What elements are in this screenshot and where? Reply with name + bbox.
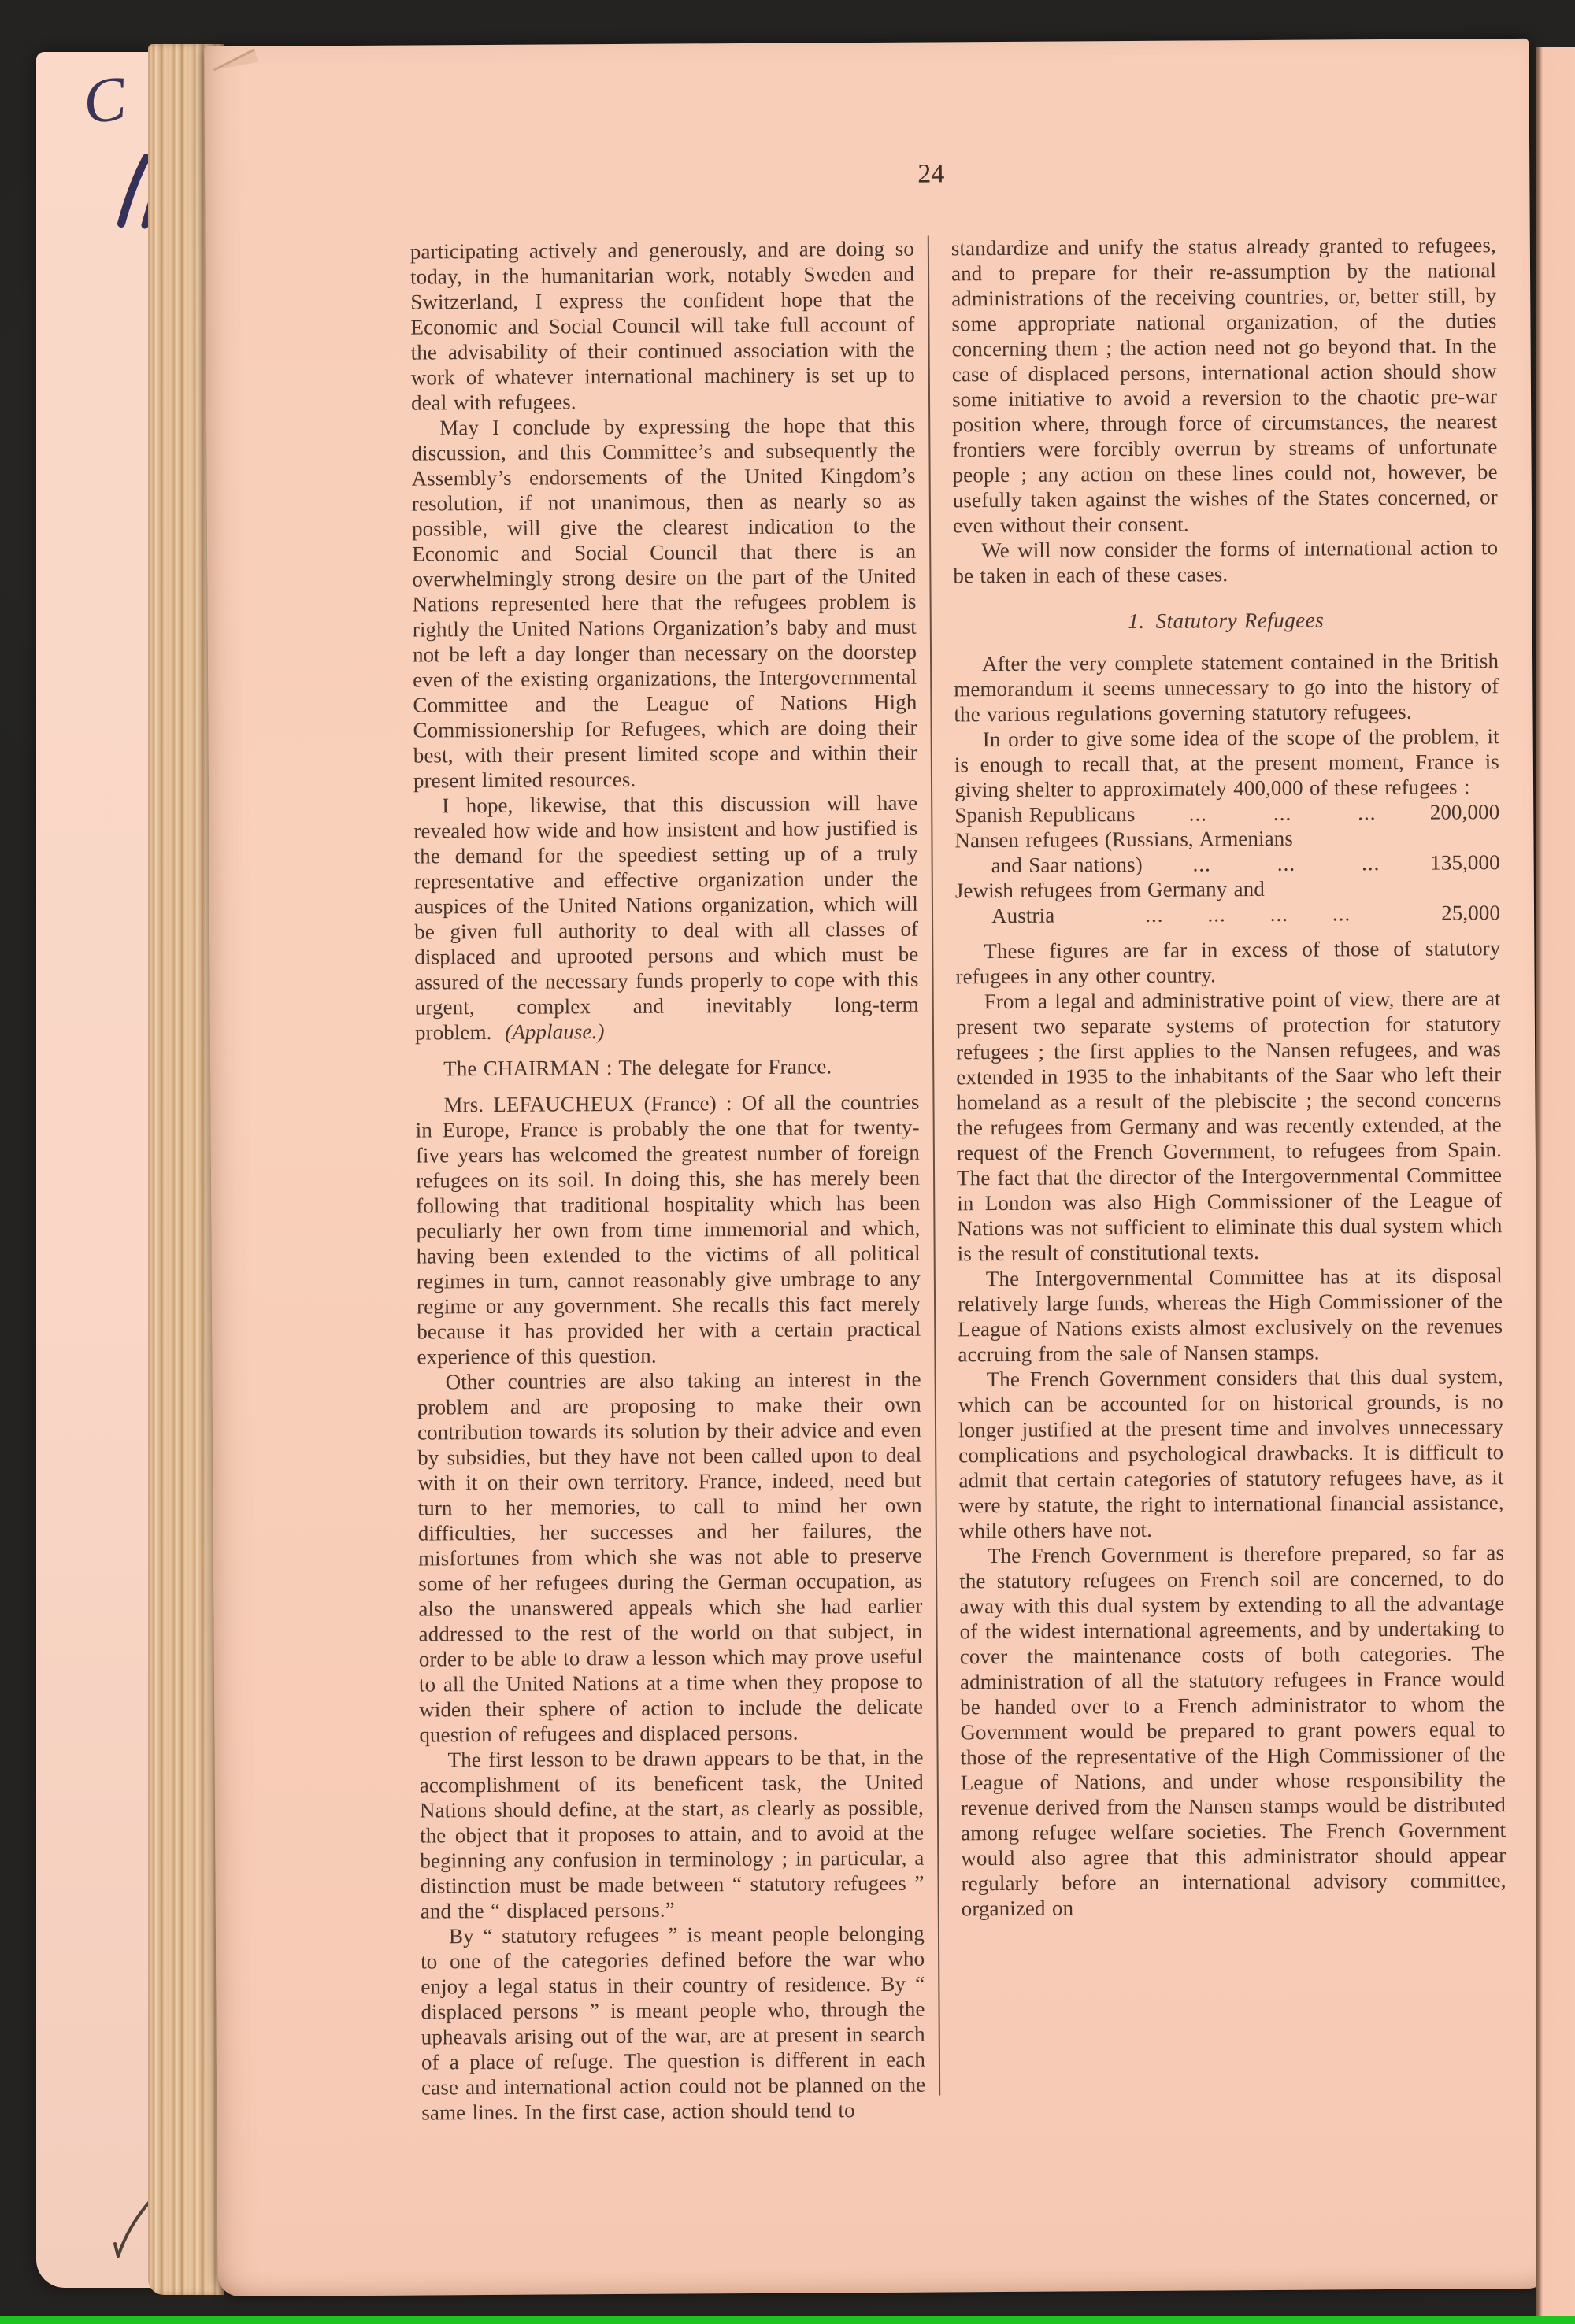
chairman-line: The CHAIRMAN : The delegate for France.	[415, 1053, 919, 1082]
row-amount: 135,000	[1430, 849, 1500, 875]
paragraph: participating actively and generously, a…	[410, 236, 915, 416]
section-number: 1.	[1128, 609, 1144, 633]
paragraph: standardize and unify the status already…	[951, 232, 1498, 538]
table-row: Spanish Republicans ... ... ... 200,000	[954, 799, 1499, 827]
applause-note: (Applause.)	[505, 1020, 605, 1044]
row-label: Spanish Republicans	[954, 801, 1135, 827]
row-amount: 25,000	[1441, 900, 1500, 925]
paragraph: The first lesson to be drawn appears to …	[419, 1745, 924, 1924]
paragraph: After the very complete statement contai…	[954, 648, 1499, 727]
row-label-line1: Nansen refugees (Russians, Armenians	[954, 824, 1499, 853]
handwritten-letter: C	[80, 67, 129, 135]
scanned-book-page: C 24 participating actively and generous…	[0, 0, 1575, 2324]
dot-leader: ... ... ...	[1135, 800, 1430, 827]
row-label: Austria	[955, 903, 1054, 929]
paragraph: These figures are far in excess of those…	[955, 935, 1500, 989]
paragraph-text: I hope, likewise, that this discussion w…	[413, 791, 919, 1045]
page-number: 24	[884, 159, 978, 190]
row-label-line1: Jewish refugees from Germany and	[955, 875, 1500, 903]
paragraph: May I conclude by expressing the hope th…	[411, 413, 917, 794]
column-divider-rule	[928, 236, 940, 2096]
dot-leader: ... ... ... ...	[1054, 901, 1441, 928]
dot-leader: ... ... ...	[1143, 850, 1431, 877]
section-title: Statutory Refugees	[1155, 608, 1324, 632]
left-column: participating actively and generously, a…	[410, 236, 926, 2126]
paragraph: We will now consider the forms of intern…	[953, 535, 1498, 588]
paragraph: By “ statutory refugees ” is meant peopl…	[421, 1921, 926, 2126]
right-column: standardize and unify the status already…	[951, 232, 1506, 1921]
paragraph: Other countries are also taking an inter…	[417, 1367, 924, 1748]
paragraph: In order to give some idea of the scope …	[954, 723, 1500, 802]
paragraph: I hope, likewise, that this discussion w…	[413, 790, 919, 1045]
paragraph: The Intergovernmental Committee has at i…	[958, 1263, 1503, 1367]
next-page-edge	[1536, 47, 1575, 2324]
page-fold-corner	[212, 46, 259, 73]
table-row: and Saar nations) ... ... ... 135,000	[955, 849, 1500, 878]
table-row: Austria ... ... ... ... 25,000	[955, 900, 1500, 928]
paragraph: From a legal and administrative point of…	[956, 986, 1503, 1266]
scan-edge-strip	[0, 2316, 1575, 2324]
document-page: 24 participating actively and generously…	[204, 39, 1542, 2296]
speech-paragraph: Mrs. LEFAUCHEUX (France) : Of all the co…	[415, 1090, 921, 1370]
row-label: and Saar nations)	[955, 852, 1143, 878]
paragraph: The French Government considers that thi…	[958, 1364, 1504, 1543]
section-heading: 1.Statutory Refugees	[954, 606, 1499, 635]
paragraph: The French Government is therefore prepa…	[959, 1540, 1506, 1921]
row-amount: 200,000	[1430, 799, 1500, 825]
refugee-figures-table: Spanish Republicans ... ... ... 200,000 …	[954, 799, 1500, 928]
